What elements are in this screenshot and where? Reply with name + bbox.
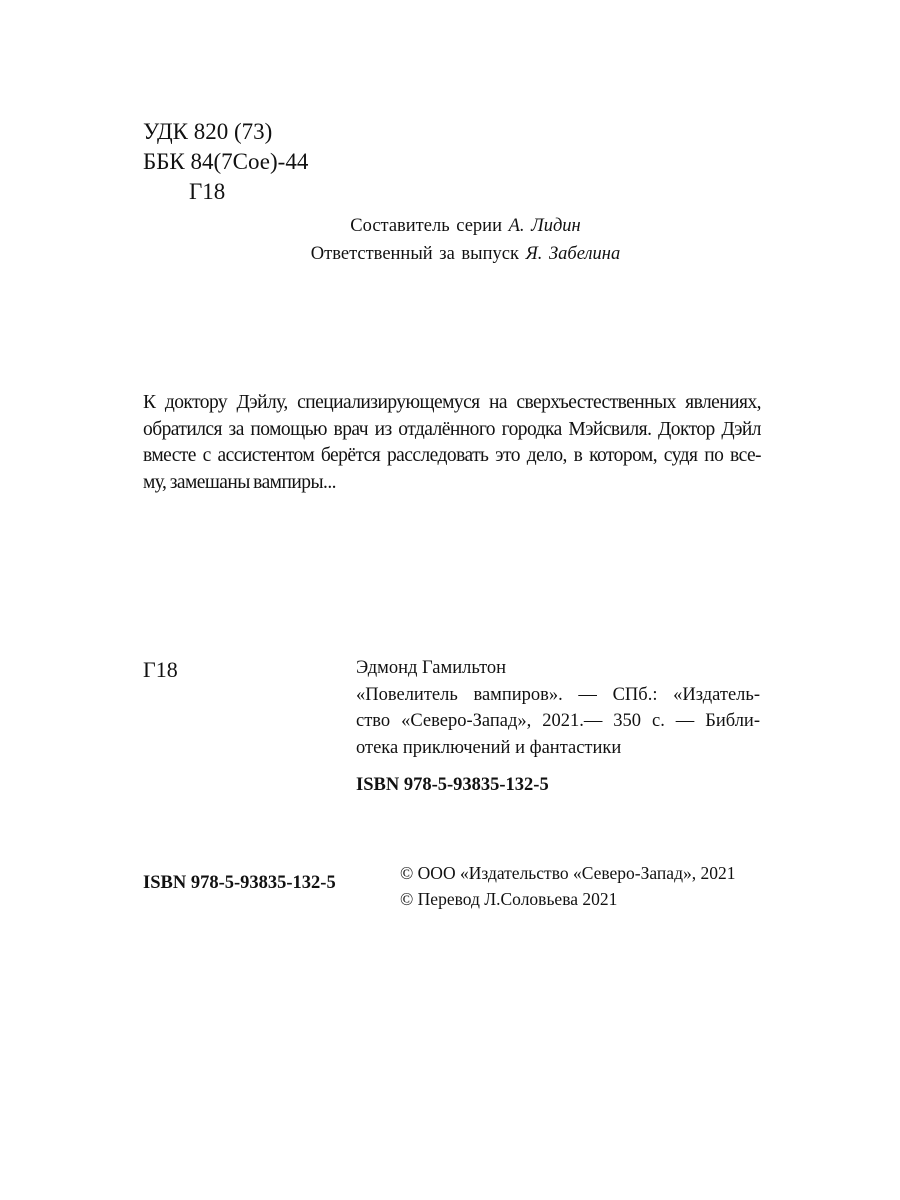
bbk-code: ББК 84(7Сое)-44: [143, 147, 308, 177]
release-responsible: Ответственный за выпуск Я. Забелина: [0, 240, 900, 268]
bib-line: ство «Северо-Запад», 2021.— 350 с. — Биб…: [356, 708, 760, 735]
annotation: К доктору Дэйлу, специализирующемуся на …: [143, 390, 761, 496]
annotation-line: вместе с ассистентом берётся расследоват…: [143, 443, 761, 470]
release-responsible-name: Я. Забелина: [526, 244, 621, 264]
release-responsible-label: Ответственный за выпуск: [311, 244, 519, 264]
classification-block: УДК 820 (73) ББК 84(7Сое)-44 Г18: [143, 117, 308, 207]
series-compiler-label: Составитель серии: [350, 216, 502, 236]
author-mark: Г18: [143, 177, 308, 207]
udk-code: УДК 820 (73): [143, 117, 308, 147]
bib-line: «Повелитель вампиров». — СПб.: «Издатель…: [356, 682, 760, 709]
bibliographic-record: Эдмонд Гамильтон «Повелитель вампиров». …: [356, 655, 760, 761]
copyright-publisher: © ООО «Издательство «Северо-Запад», 2021: [400, 860, 735, 886]
copyright-translation: © Перевод Л.Соловьева 2021: [400, 886, 735, 912]
footer-isbn: ISBN 978-5-93835-132-5: [143, 873, 336, 894]
bib-line: отека приключений и фантастики: [356, 735, 760, 762]
annotation-line: обратился за помощью врач из отдалённого…: [143, 417, 761, 444]
series-compiler: Составитель серии А. Лидин: [0, 212, 900, 240]
annotation-line: К доктору Дэйлу, специализирующемуся на …: [143, 390, 761, 417]
copyright-block: © ООО «Издательство «Северо-Запад», 2021…: [400, 860, 735, 912]
credits-block: Составитель серии А. Лидин Ответственный…: [0, 212, 900, 268]
catalog-author-mark: Г18: [143, 657, 178, 683]
series-compiler-name: А. Лидин: [509, 216, 581, 236]
book-author: Эдмонд Гамильтон: [356, 655, 760, 682]
catalog-isbn: ISBN 978-5-93835-132-5: [356, 775, 549, 796]
annotation-line: му, замешаны вампиры...: [143, 470, 761, 497]
